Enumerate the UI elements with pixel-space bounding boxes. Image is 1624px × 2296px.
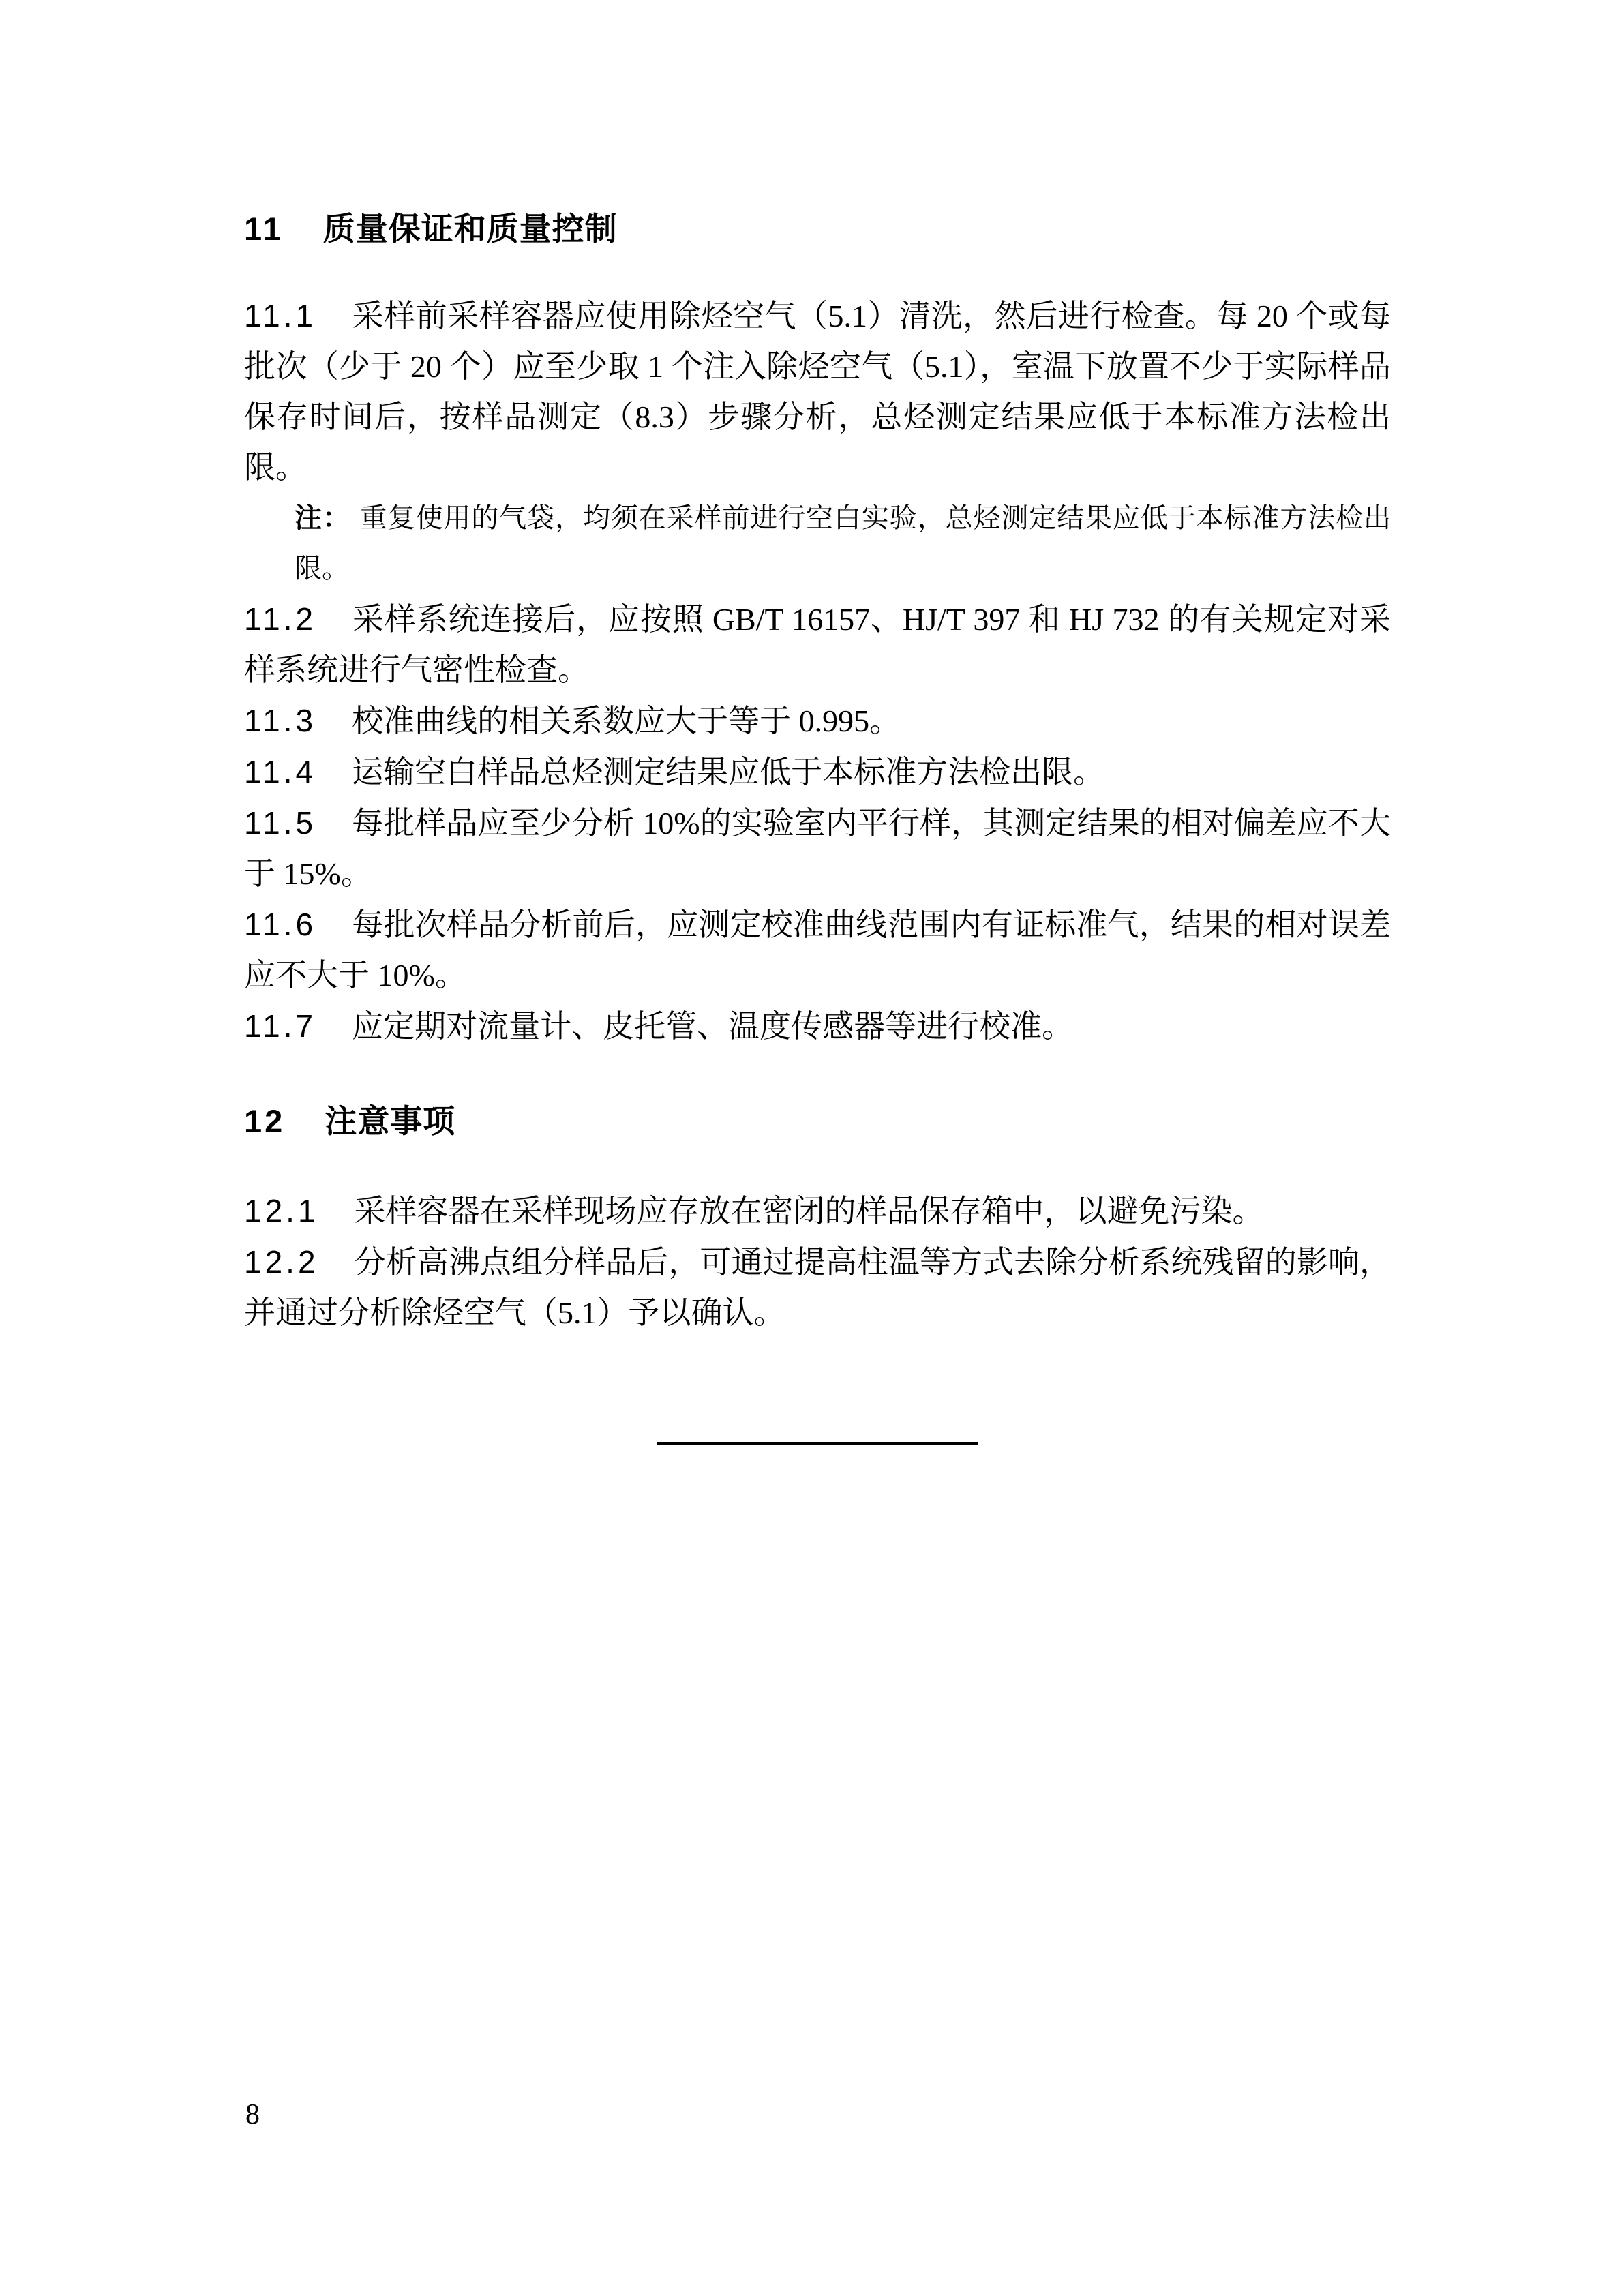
clause-12-2-text: 分析高沸点组分样品后，可通过提高柱温等方式去除分析系统残留的影响，并通过分析除烃… — [244, 1245, 1391, 1330]
clause-11-7-text: 应定期对流量计、皮托管、温度传感器等进行校准。 — [352, 1009, 1073, 1044]
clause-11-4: 11.4运输空白样品总烃测定结果应低于本标准方法检出限。 — [244, 746, 1391, 798]
clause-11-1-note: 注：重复使用的气袋，均须在采样前进行空白实验，总烃测定结果应低于本标准方法检出限… — [244, 493, 1391, 594]
section-11: 11质量保证和质量控制 11.1采样前采样容器应使用除烃空气（5.1）清洗，然后… — [244, 203, 1391, 1052]
section-12-heading: 12注意事项 — [244, 1096, 1391, 1147]
section-11-number: 11 — [244, 211, 284, 247]
clause-12-1-text: 采样容器在采样现场应存放在密闭的样品保存箱中，以避免污染。 — [355, 1194, 1264, 1228]
clause-12-2-number: 12.2 — [244, 1244, 319, 1280]
document-page: 11质量保证和质量控制 11.1采样前采样容器应使用除烃空气（5.1）清洗，然后… — [0, 0, 1624, 2296]
clause-11-3-number: 11.3 — [244, 703, 316, 738]
clause-11-5: 11.5每批样品应至少分析 10%的实验室内平行样，其测定结果的相对偏差应不大于… — [244, 798, 1391, 899]
section-12-title: 注意事项 — [325, 1103, 455, 1139]
clause-11-5-number: 11.5 — [244, 805, 316, 841]
clause-11-4-text: 运输空白样品总烃测定结果应低于本标准方法检出限。 — [352, 755, 1104, 789]
section-12: 12注意事项 12.1采样容器在采样现场应存放在密闭的样品保存箱中，以避免污染。… — [244, 1096, 1391, 1338]
clause-11-7: 11.7应定期对流量计、皮托管、温度传感器等进行校准。 — [244, 1001, 1391, 1052]
clause-11-3-text: 校准曲线的相关系数应大于等于 0.995。 — [352, 704, 901, 738]
clause-11-2-number: 11.2 — [244, 601, 316, 637]
clause-11-6-number: 11.6 — [244, 907, 316, 942]
clause-11-2: 11.2采样系统连接后，应按照 GB/T 16157、HJ/T 397 和 HJ… — [244, 594, 1391, 695]
clause-11-7-number: 11.7 — [244, 1008, 316, 1044]
section-12-number: 12 — [244, 1103, 285, 1139]
clause-12-1-number: 12.1 — [244, 1193, 319, 1228]
clause-12-2: 12.2分析高沸点组分样品后，可通过提高柱温等方式去除分析系统残留的影响，并通过… — [244, 1237, 1391, 1338]
clause-11-6: 11.6每批次样品分析前后，应测定校准曲线范围内有证标准气，结果的相对误差应不大… — [244, 899, 1391, 1001]
note-label: 注： — [295, 502, 350, 533]
clause-11-4-number: 11.4 — [244, 754, 316, 789]
clause-11-2-text: 采样系统连接后，应按照 GB/T 16157、HJ/T 397 和 HJ 732… — [244, 602, 1391, 687]
clause-12-1: 12.1采样容器在采样现场应存放在密闭的样品保存箱中，以避免污染。 — [244, 1185, 1391, 1237]
clause-11-1-number: 11.1 — [244, 298, 316, 333]
end-of-document-rule — [657, 1442, 978, 1445]
clause-11-1-text: 采样前采样容器应使用除烃空气（5.1）清洗，然后进行检查。每 20 个或每批次（… — [244, 299, 1391, 485]
page-number: 8 — [245, 2098, 260, 2131]
section-11-title: 质量保证和质量控制 — [323, 211, 618, 247]
clause-11-1: 11.1采样前采样容器应使用除烃空气（5.1）清洗，然后进行检查。每 20 个或… — [244, 290, 1391, 493]
clause-11-6-text: 每批次样品分析前后，应测定校准曲线范围内有证标准气，结果的相对误差应不大于 10… — [244, 907, 1391, 993]
note-text: 重复使用的气袋，均须在采样前进行空白实验，总烃测定结果应低于本标准方法检出限。 — [295, 502, 1391, 584]
clause-11-3: 11.3校准曲线的相关系数应大于等于 0.995。 — [244, 695, 1391, 746]
section-11-heading: 11质量保证和质量控制 — [244, 203, 1391, 255]
clause-11-5-text: 每批样品应至少分析 10%的实验室内平行样，其测定结果的相对偏差应不大于 15%… — [244, 806, 1391, 891]
